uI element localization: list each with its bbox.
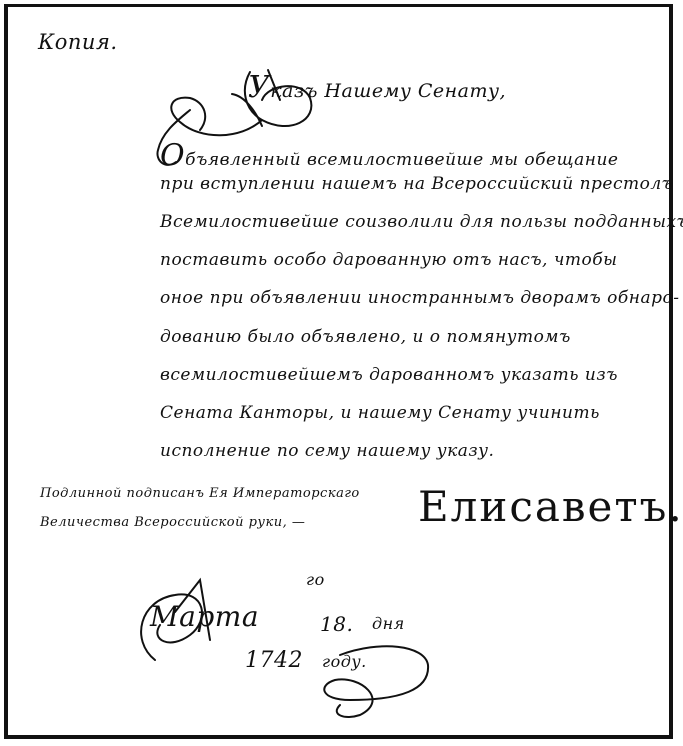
body-line: дованию было объявлено, и о помянутомъ (160, 327, 571, 347)
copy-label: Копия. (38, 30, 118, 54)
body-line: поставить особо дарованную отъ насъ, что… (160, 250, 618, 270)
decree-title: Указъ Нашему Сенату, (248, 70, 506, 105)
body-line-text: бъявленный всемилостивейше мы обещание (185, 150, 618, 170)
body-line: Сената Канторы, и нашему Сенату учинить (160, 403, 600, 423)
body-line: Всемилостивейше соизволили для пользы по… (160, 212, 683, 232)
body-line: при вступлении нашемъ на Всероссийский п… (160, 174, 674, 194)
date-day-word: дня (372, 614, 405, 633)
dropcap: О (160, 138, 185, 173)
body-line: оное при объявлении иностраннымъ дворамъ… (160, 288, 679, 308)
body-line: исполнение по сему нашему указу. (160, 441, 494, 461)
title-text: казъ Нашему Сенату, (270, 80, 506, 102)
date-month: Марта (150, 600, 259, 633)
date-year-word: году. (322, 652, 367, 671)
date-day: 18. (320, 612, 353, 636)
signature: Елисаветъ. (418, 482, 683, 531)
side-note-line: Величества Всероссийской руки, — (40, 515, 305, 530)
date-year: 1742 (245, 648, 303, 673)
body-line: всемилостивейшемъ дарованномъ указать из… (160, 365, 618, 385)
title-initial: У (248, 70, 270, 105)
date-superscript: го (306, 570, 325, 589)
side-note-line: Подлинной подписанъ Ея Императорскаго (40, 486, 360, 501)
body-line: Объявленный всемилостивейше мы обещание (160, 138, 618, 173)
